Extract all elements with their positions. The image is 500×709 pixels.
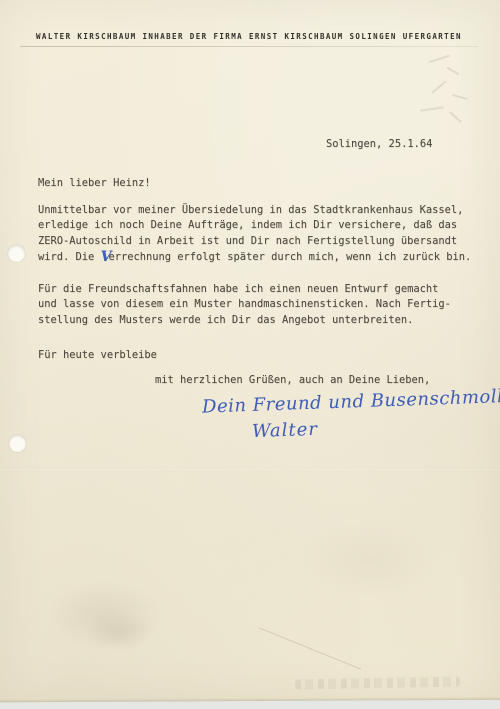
letter-paper: WALTER KIRSCHBAUM INHABER DER FIRMA ERNS… [0,0,500,702]
letterhead: WALTER KIRSCHBAUM INHABER DER FIRMA ERNS… [36,32,462,41]
paragraph-2-line-2: und lasse von diesem ein Muster handmasc… [38,297,451,312]
paragraph-2: Für die Freundschaftsfahnen habe ich ein… [38,282,451,328]
fold-crease [0,470,500,472]
dateline: Solingen, 25.1.64 [326,138,432,150]
paper-stain [300,520,440,600]
pencil-stroke [449,111,461,122]
greeting-line: mit herzlichen Grüßen, auch an Deine Lie… [155,374,430,386]
paragraph-1-line-1: Unmittelbar vor meiner Übersiedelung in … [38,203,471,218]
punch-hole-top [8,245,25,262]
pencil-stroke [452,94,468,100]
correction-line-after: errechnung erfolgt später durch mich, we… [108,251,471,263]
pencil-stroke [432,80,447,93]
paper-stain [85,612,155,652]
scan-background-edge [0,700,500,709]
pencil-smudge-bleedthrough [295,677,460,690]
paragraph-1-line-2: erledige ich noch Deine Aufträge, indem … [38,218,471,233]
paragraph-2-line-1: Für die Freundschaftsfahnen habe ich ein… [38,282,451,297]
handwritten-correction-v: V [101,250,112,265]
salutation: Mein lieber Heinz! [38,177,151,189]
letterhead-rule [20,46,478,47]
paper-stain [45,580,165,650]
handwritten-signature-line-1: Dein Freund und Busenschmoller [202,385,500,417]
pencil-stroke [420,106,444,111]
punch-hole-bottom [9,435,26,452]
paragraph-1: Unmittelbar vor meiner Übersiedelung in … [38,203,471,265]
handwritten-signature-line-2: Walter [252,419,319,442]
pencil-stroke [447,67,460,75]
paragraph-2-line-3: stellung des Musters werde ich Dir das A… [38,313,451,328]
paragraph-1-line-4: wird. Die Verrechnung erfolgt später dur… [38,249,471,264]
pencil-stroke [428,55,449,63]
correction-line-before: wird. Die [38,251,101,263]
paragraph-1-line-3: ZERO-Autoschild in Arbeit ist und Dir na… [38,234,471,249]
closing-line: Für heute verbleibe [38,349,157,361]
corner-crease [259,627,361,669]
